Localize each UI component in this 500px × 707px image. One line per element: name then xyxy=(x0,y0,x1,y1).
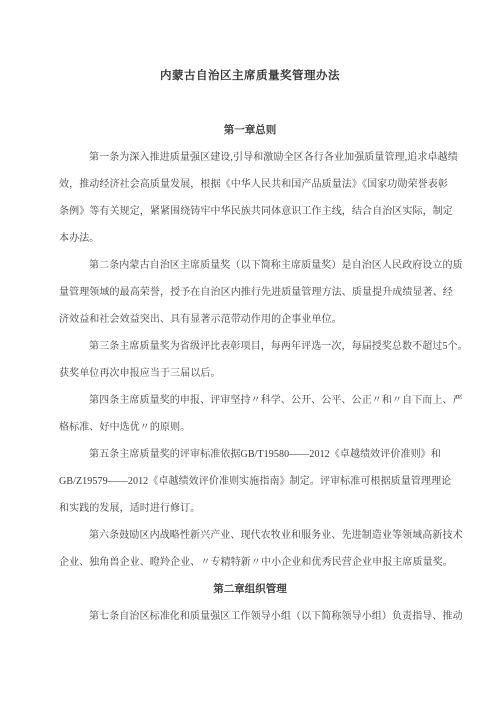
chapter-heading: 第一章总则 xyxy=(0,117,500,144)
paragraph-line: 第七条自治区标准化和质量强区工作领导小组（以下简称领导小组）负责指导、推动 xyxy=(59,603,500,630)
paragraph-line: 第五条主席质量奖的评审标准依据GB/T19580——2012《卓越绩效评价准则》… xyxy=(59,441,500,468)
paragraph-line: GB/Z19579——2012《卓越绩效评价准则实施指南》制定。评审标准可根据质… xyxy=(59,468,500,495)
paragraph-line: 第一条为深入推进质量强区建设,引导和激励全区各行各业加强质量管理,追求卓越绩 xyxy=(59,144,500,171)
paragraph-line: 济效益和社会效益突出、具有显著示范带动作用的企事业单位。 xyxy=(59,306,500,333)
paragraph-line: 和实践的发展，适时进行修订。 xyxy=(59,495,500,522)
paragraph-line: 格标准、好中选优〃的原则。 xyxy=(59,414,500,441)
paragraph-line: 第六条鼓励区内战略性新兴产业、现代农牧业和服务业、先进制造业等领域高新技术 xyxy=(59,522,500,549)
paragraph-line: 量管理领域的最高荣誉，授予在自治区内推行先进质量管理方法、质量提升成绩显著、经 xyxy=(59,279,500,306)
document-title: 内蒙古自治区主席质量奖管理办法 xyxy=(0,63,500,90)
paragraph-line: 第二条内蒙古自治区主席质量奖（以下简称主席质量奖）是自治区人民政府设立的质 xyxy=(59,252,500,279)
document-page: 内蒙古自治区主席质量奖管理办法 第一章总则第一条为深入推进质量强区建设,引导和激… xyxy=(0,0,500,707)
chapter-heading: 第二章组织管理 xyxy=(0,576,500,603)
paragraph-line: 企业、独角兽企业、瞪羚企业、〃专精特新〃中小企业和优秀民营企业申报主席质量奖。 xyxy=(59,549,500,576)
paragraph-line: 第三条主席质量奖为省级评比表彰项目，每两年评选一次，每届授奖总数不超过5个。 xyxy=(59,333,500,360)
paragraph-line: 第四条主席质量奖的申报、评审坚持〃科学、公开、公平、公正〃和〃自下而上、严 xyxy=(59,387,500,414)
document-body: 第一章总则第一条为深入推进质量强区建设,引导和激励全区各行各业加强质量管理,追求… xyxy=(0,117,500,630)
paragraph-line: 本办法。 xyxy=(59,225,500,252)
paragraph-line: 效，推动经济社会高质量发展，根据《中华人民共和国产品质量法》《国家功勋荣誉表彰 xyxy=(59,171,500,198)
paragraph-line: 获奖单位再次申报应当于三届以后。 xyxy=(59,360,500,387)
paragraph-line: 条例》等有关规定，紧紧围绕铸牢中华民族共同体意识工作主线，结合自治区实际，制定 xyxy=(59,198,500,225)
